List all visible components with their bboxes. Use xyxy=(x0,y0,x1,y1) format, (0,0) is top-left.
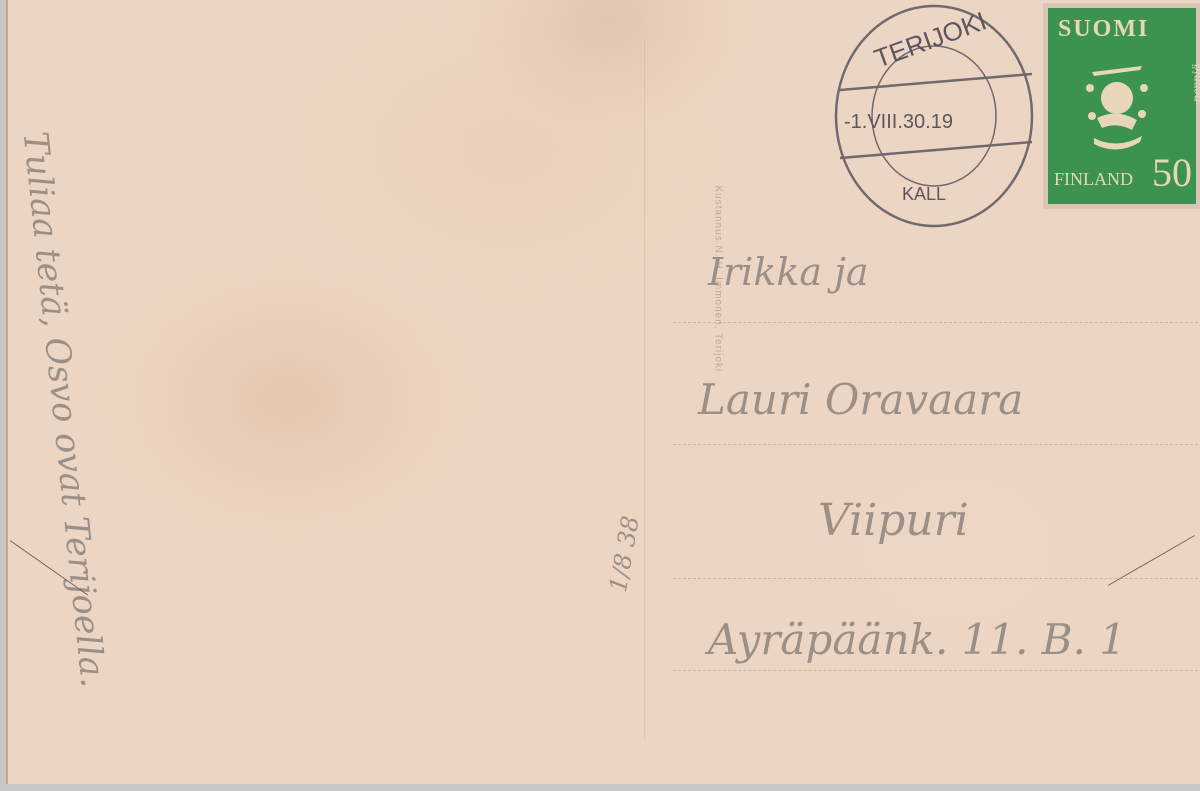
pencil-date: 1/8 38 xyxy=(604,514,645,594)
svg-text:KALL: KALL xyxy=(902,184,946,204)
side-message: Tuliaa tetä, Osvo ovat Terijoella. xyxy=(15,130,122,771)
address-line-1: Irikka ja xyxy=(708,250,869,294)
svg-text:-1.VIII.30.19: -1.VIII.30.19 xyxy=(844,111,953,133)
stamp-value: 50 xyxy=(1152,149,1192,196)
svg-text:TERIJOKI: TERIJOKI xyxy=(870,5,990,73)
postmark-cancellation: TERIJOKI -1.VIII.30.19 KALL xyxy=(832,0,1037,232)
address-line-2: Lauri Oravaara xyxy=(698,375,1023,424)
address-line xyxy=(673,670,1200,671)
address-line-3: Viipuri xyxy=(818,495,969,546)
stamp-country-bottom: FINLAND xyxy=(1054,169,1133,190)
lion-emblem-icon xyxy=(1082,58,1152,158)
postage-stamp: SUOMI penniä FINLAND 50 xyxy=(1048,8,1196,204)
address-line-4: Ayräpäänk. 11. B. 1 xyxy=(708,615,1126,664)
address-line xyxy=(673,444,1200,445)
address-line xyxy=(673,322,1200,323)
stamp-country-top: SUOMI xyxy=(1058,16,1149,43)
center-divider xyxy=(644,40,645,740)
stamp-unit: penniä xyxy=(1190,64,1200,102)
publisher-imprint: Kustannus N. H. Immonen, Terijoki xyxy=(713,186,724,486)
